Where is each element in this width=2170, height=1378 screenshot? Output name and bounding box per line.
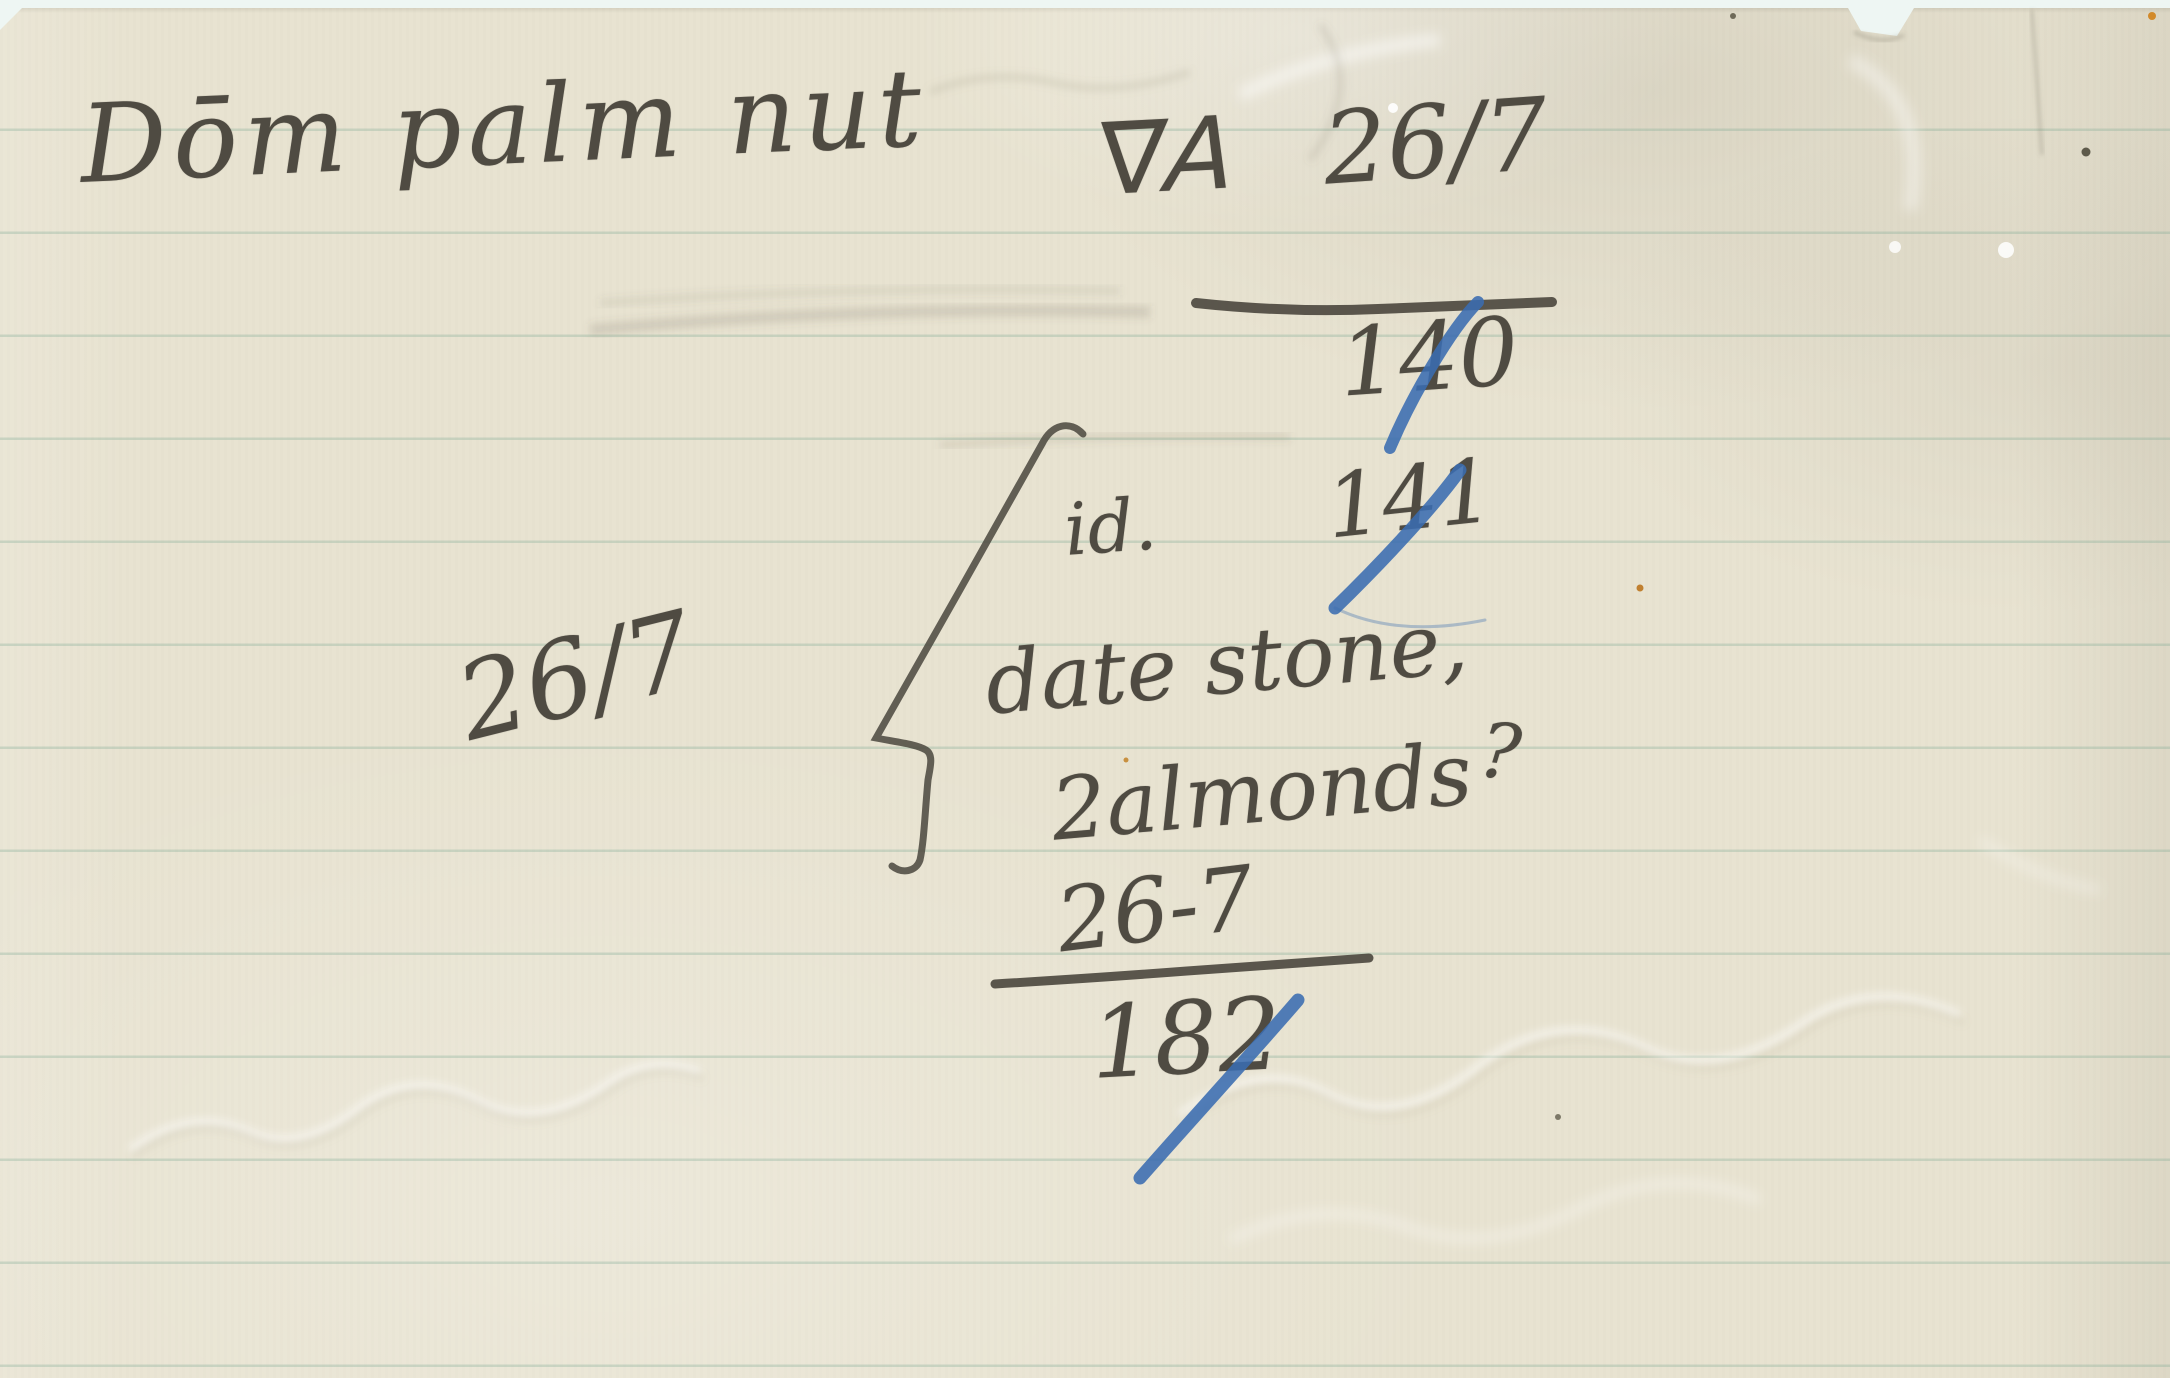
id-label: id.	[1062, 488, 1159, 566]
registration-mark: ∇A	[1097, 103, 1237, 210]
id-number-141: 141	[1322, 446, 1498, 551]
title-date: 26/7	[1320, 84, 1551, 199]
second-date: 26-7	[1052, 854, 1259, 965]
scanned-note-page: { "page": { "kind": "scanned handwritten…	[0, 0, 2170, 1378]
crossed-number-182: 182	[1088, 984, 1284, 1094]
crossed-number-140: 140	[1336, 305, 1522, 411]
entry-question-mark: ?	[1476, 712, 1524, 792]
